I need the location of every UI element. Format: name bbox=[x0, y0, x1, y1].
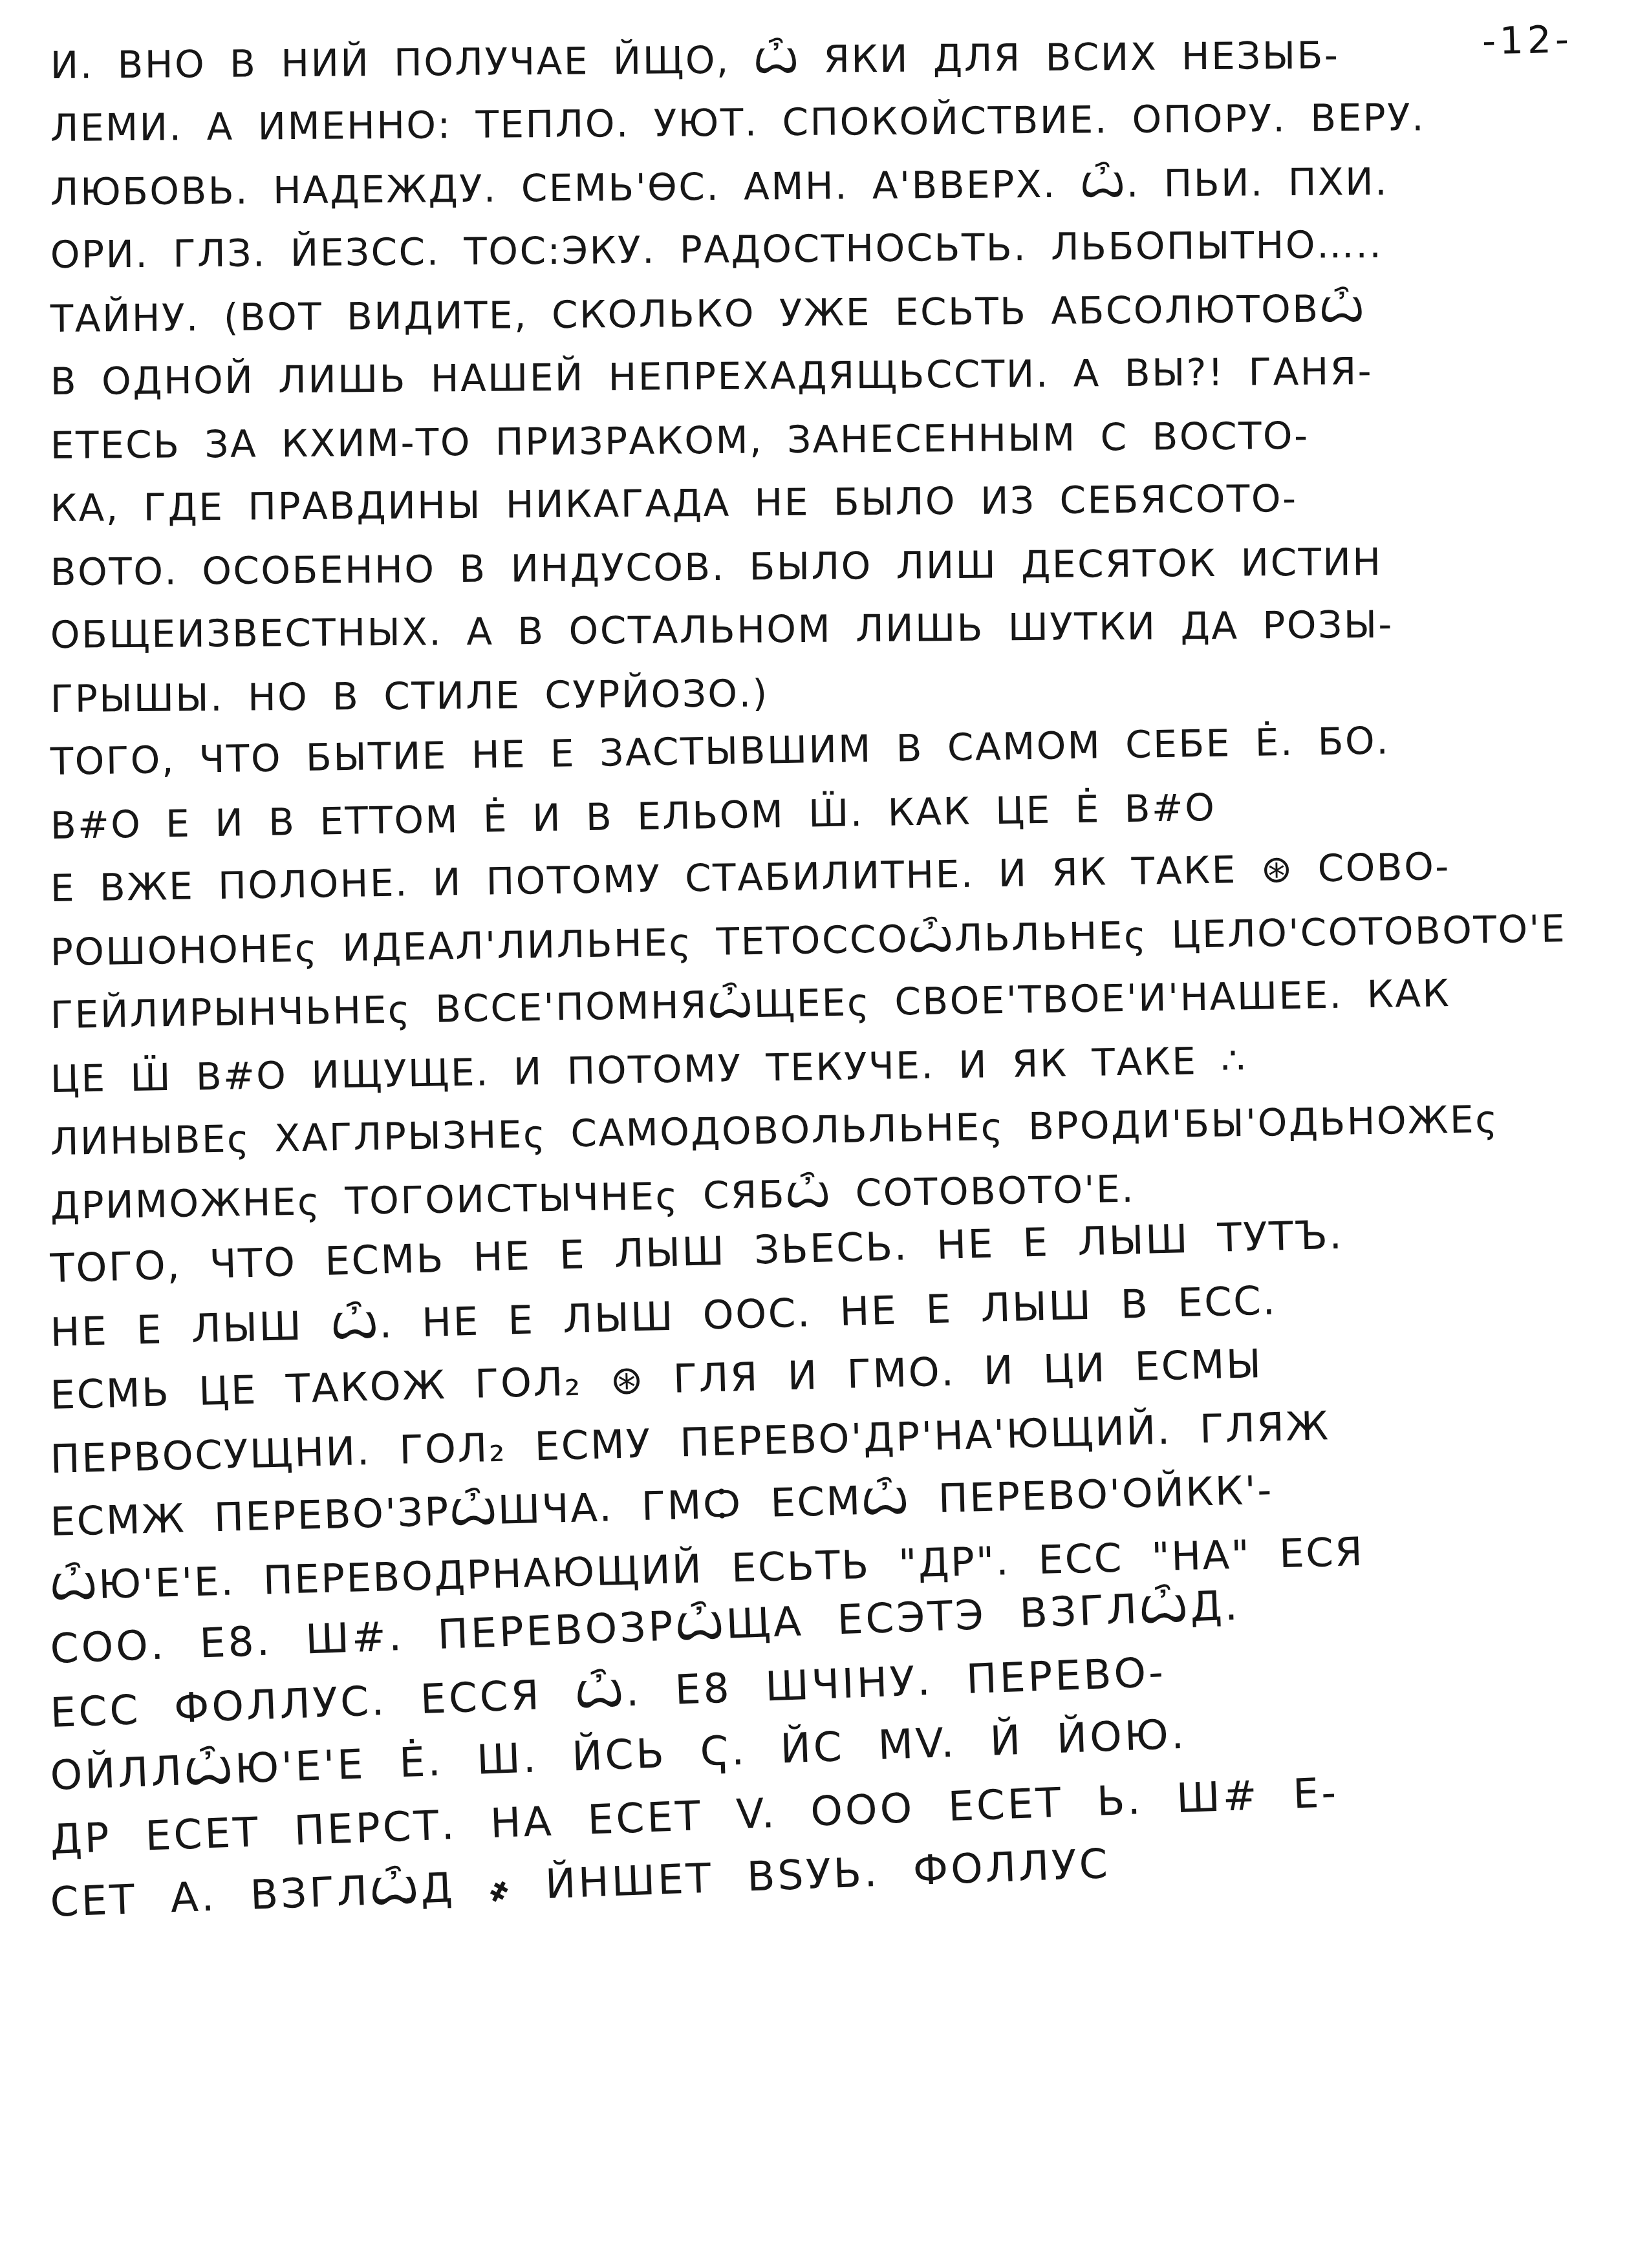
manuscript-text-block: И. ВНО В НИЙ ПОЛУЧАЕ ЙЩО, Ѽ ЯКИ ДЛЯ ВСИХ… bbox=[50, 34, 1622, 1934]
manuscript-line: ЛЕМИ. А ИМЕННО: ТЕПЛО. УЮТ. СПОКОЙСТВИЕ.… bbox=[50, 84, 1622, 160]
manuscript-line: ОБЩЕИЗВЕСТНЫХ. А В ОСТАЛЬНОМ ЛИШЬ ШУТКИ … bbox=[50, 591, 1622, 667]
manuscript-page: -12- И. ВНО В НИЙ ПОЛУЧАЕ ЙЩО, Ѽ ЯКИ ДЛЯ… bbox=[0, 0, 1649, 2268]
manuscript-line: КА, ГДЕ ПРАВДИНЫ НИКАГАДА НЕ БЫЛО ИЗ СЕБ… bbox=[50, 464, 1622, 540]
manuscript-line: ОРИ. ГЛЗ. ЙЕЗСС. ТОС:ЭКУ. РАДОСТНОСЬТЬ. … bbox=[50, 211, 1622, 287]
manuscript-line: В ОДНОЙ ЛИШЬ НАШЕЙ НЕПРЕХАДЯЩЬССТИ. А ВЫ… bbox=[50, 337, 1622, 414]
